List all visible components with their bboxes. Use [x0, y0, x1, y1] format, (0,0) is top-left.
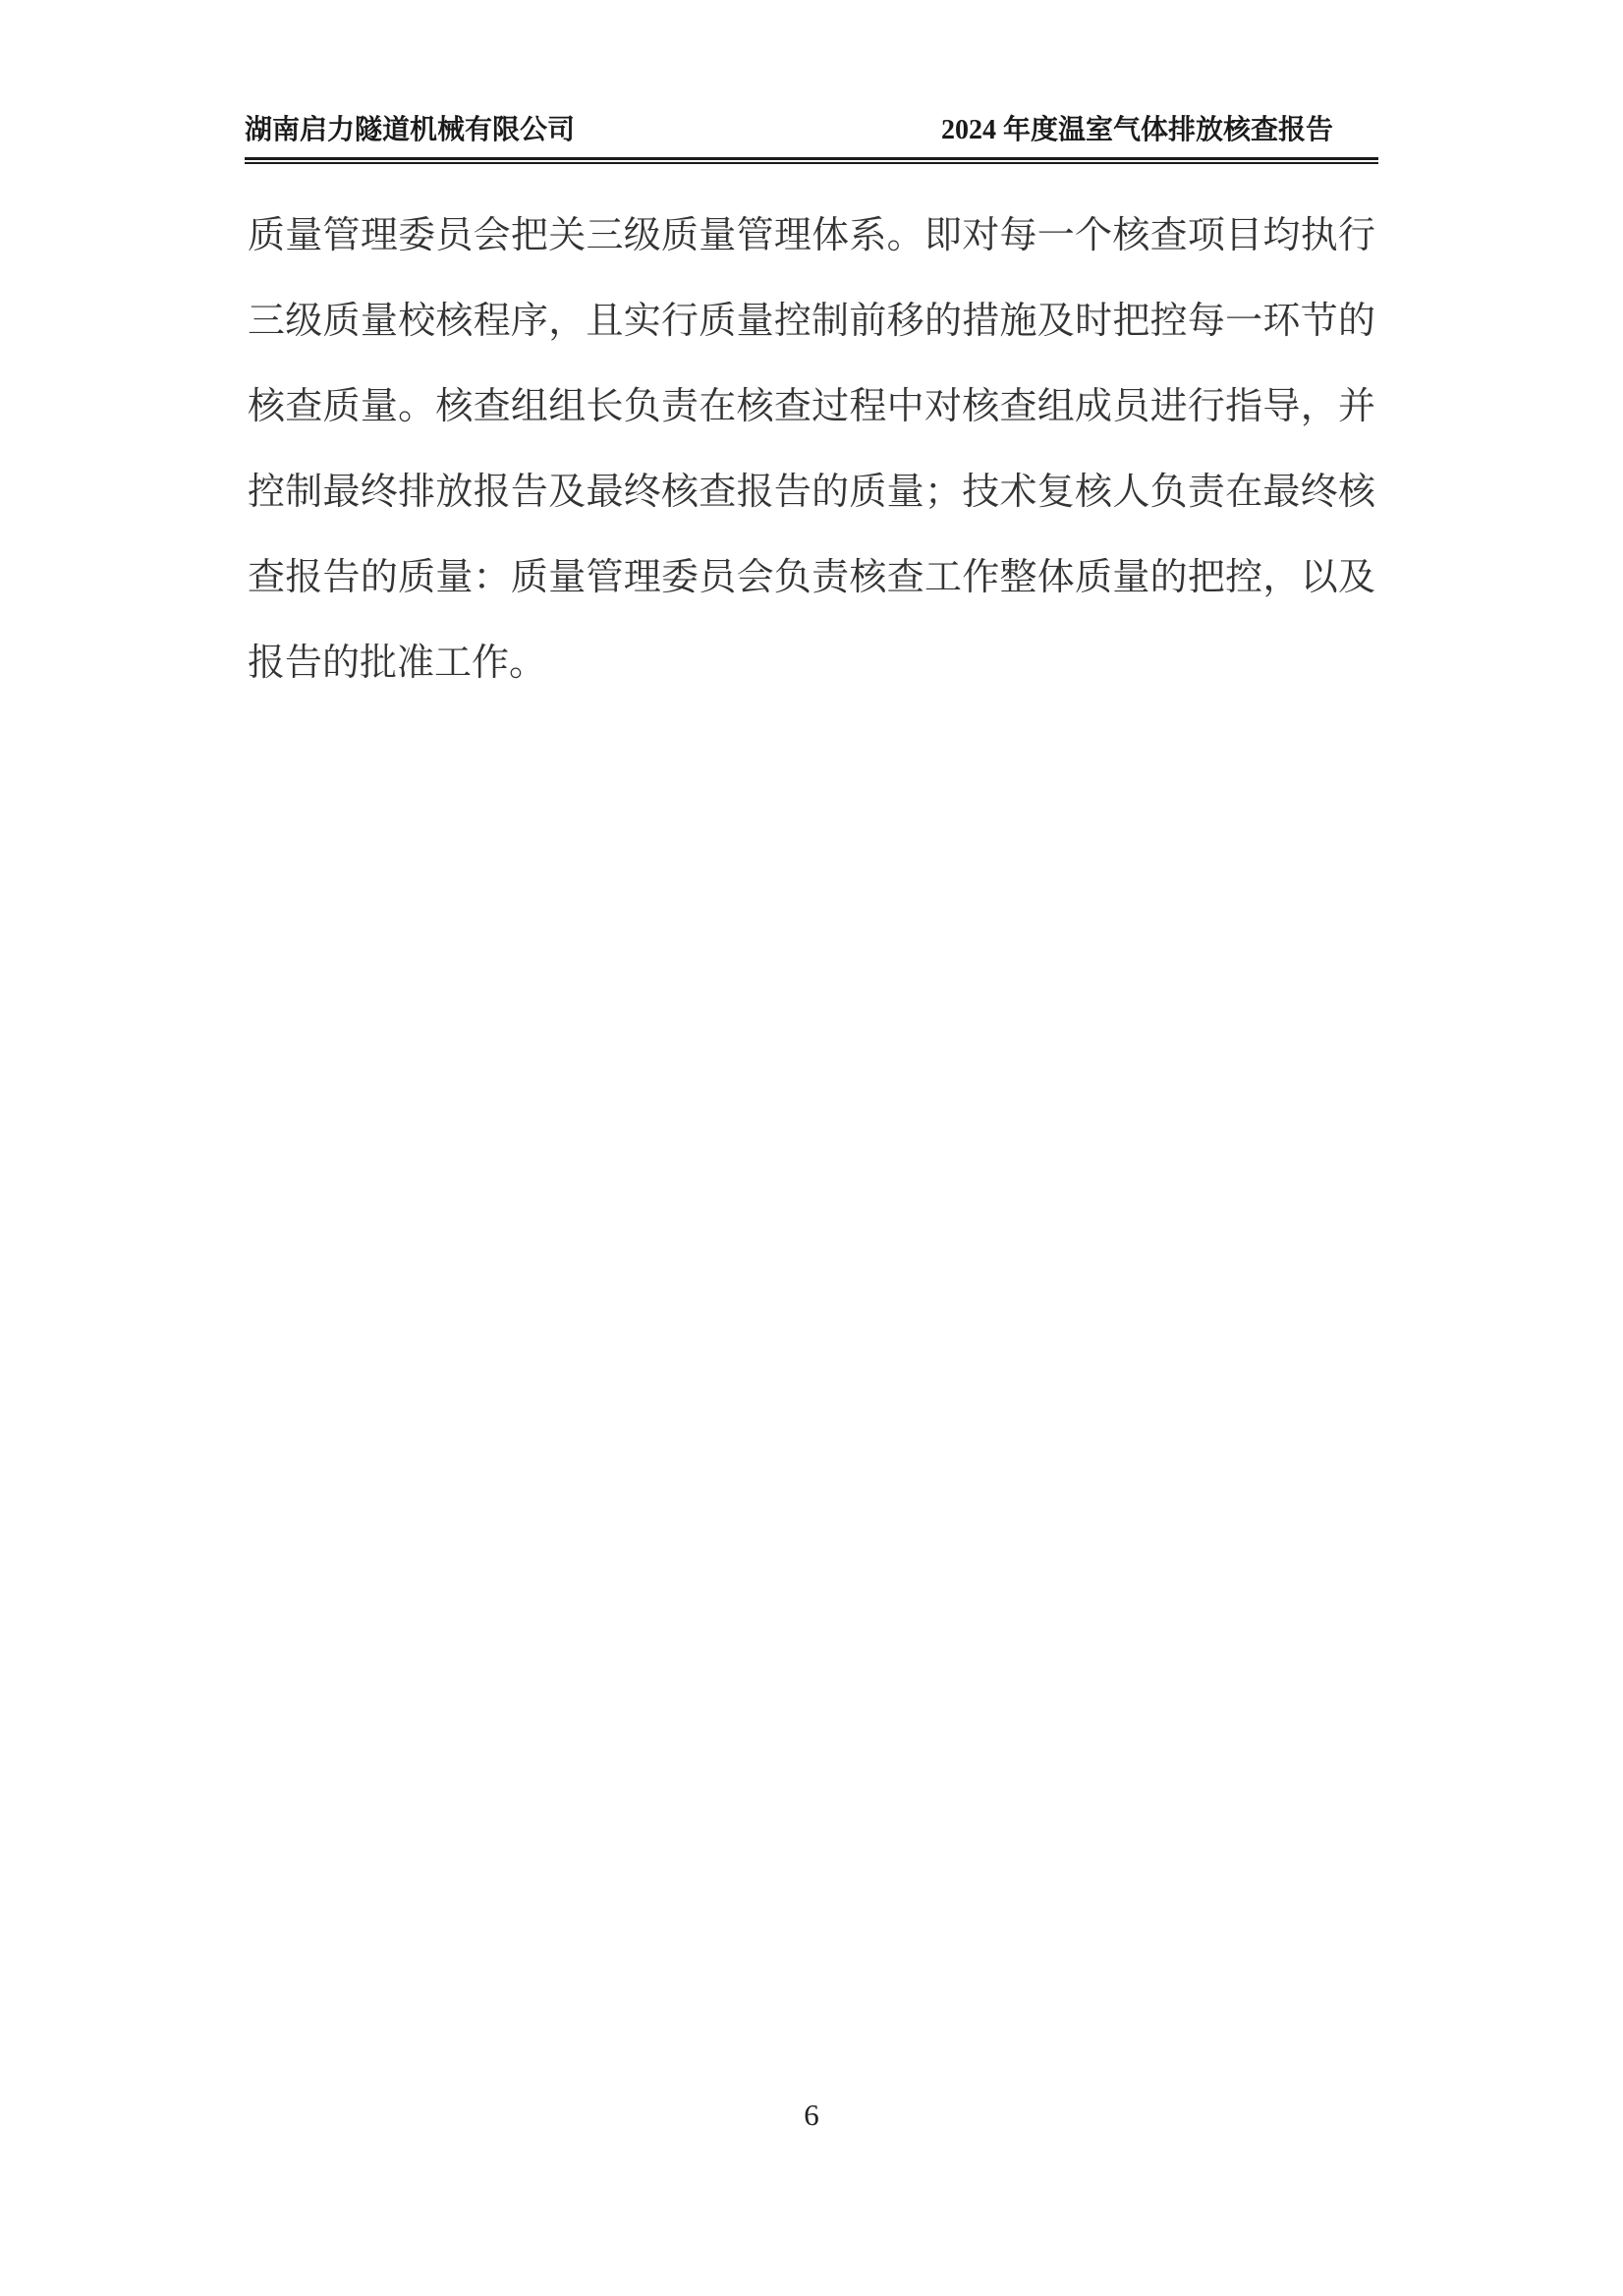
body-line-1: 质量管理委员会把关三级质量管理体系。即对每一个核查项目均执行 [248, 194, 1375, 279]
body-line-3: 核查质量。核查组组长负责在核查过程中对核查组成员进行指导，并 [248, 364, 1375, 450]
header-rule [245, 157, 1378, 164]
body-line-5: 查报告的质量：质量管理委员会负责核查工作整体质量的把控，以及 [248, 535, 1375, 621]
body-line-2: 三级质量校核程序，且实行质量控制前移的措施及时把控每一环节的 [248, 279, 1375, 364]
header-report-title: 2024 年度温室气体排放核查报告 [941, 114, 1378, 147]
document-page: 湖南启力隧道机械有限公司 2024 年度温室气体排放核查报告 质量管理委员会把关… [0, 0, 1623, 2296]
page-header: 湖南启力隧道机械有限公司 2024 年度温室气体排放核查报告 [0, 0, 1623, 164]
header-row: 湖南启力隧道机械有限公司 2024 年度温室气体排放核查报告 [245, 0, 1378, 147]
document-body: 质量管理委员会把关三级质量管理体系。即对每一个核查项目均执行 三级质量校核程序，… [248, 194, 1375, 706]
body-line-6: 报告的批准工作。 [248, 621, 1375, 706]
header-company-name: 湖南启力隧道机械有限公司 [245, 114, 575, 147]
page-number: 6 [804, 2098, 819, 2132]
page-footer: 6 [0, 2097, 1623, 2134]
body-line-4: 控制最终排放报告及最终核查报告的质量；技术复核人负责在最终核 [248, 450, 1375, 535]
